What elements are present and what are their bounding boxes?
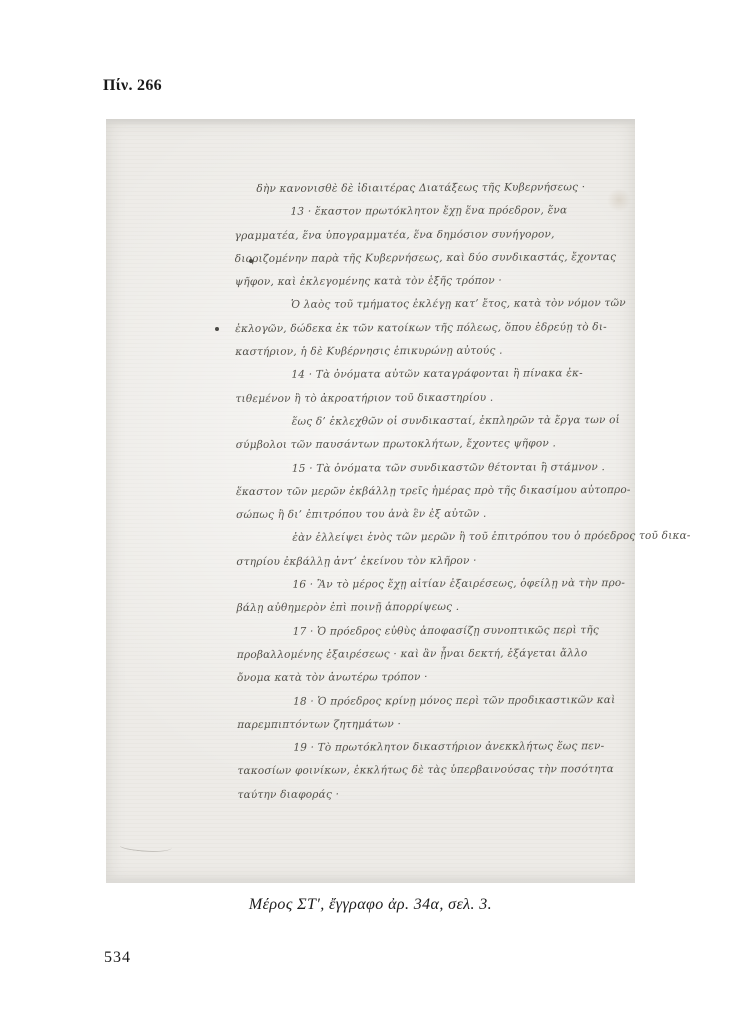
manuscript-line: 14 · Τὰ ὀνόματα αὐτῶν καταγράφονται ἢ πί…	[235, 362, 631, 387]
manuscript-line: τακοσίων φοινίκων, ἐκκλήτως δὲ τὰς ὑπερβ…	[237, 758, 633, 783]
pencil-mark	[120, 838, 173, 855]
manuscript-line: στηρίου ἐκβάλλῃ ἀντ’ ἐκείνου τὸν κλῆρον …	[236, 549, 632, 574]
manuscript-line: ἐκλογῶν, δώδεκα ἐκ τῶν κατοίκων τῆς πόλε…	[235, 316, 631, 341]
manuscript-line: 18 · Ὁ πρόεδρος κρίνῃ μόνος περὶ τῶν προ…	[237, 688, 633, 713]
scan-top-edge	[106, 119, 635, 126]
manuscript-line: παρεμπιπτόντων ζητημάτων ·	[237, 712, 633, 737]
manuscript-line: Ὁ λαὸς τοῦ τμήματος ἐκλέγῃ κατ’ ἔτος, κα…	[235, 292, 631, 317]
manuscript-line: τιθεμένον ἢ τὸ ἀκροατήριον τοῦ δικαστηρί…	[235, 386, 631, 411]
manuscript-line: ὄνομα κατὰ τὸν ἀνωτέρω τρόπον ·	[237, 665, 633, 690]
manuscript-line: ἕκαστον τῶν μερῶν ἐκβάλλῃ τρεῖς ἡμέρας π…	[236, 479, 632, 504]
manuscript-handwritten-text: δὴν κανονισθὲ δὲ ἰδιαιτέρας Διατάξεως τῆ…	[234, 176, 633, 807]
manuscript-line: 17 · Ὁ πρόεδρος εὐθὺς ἀποφασίζῃ συνοπτικ…	[237, 619, 633, 644]
manuscript-line: προβαλλομένης ἐξαιρέσεως · καὶ ἂν ᾖναι δ…	[237, 642, 633, 667]
manuscript-line: ἕως δ’ ἐκλεχθῶν οἱ συνδικασταί, ἐκπληρῶν…	[236, 409, 632, 434]
page-number: 534	[104, 949, 131, 967]
manuscript-line: καστήριον, ἡ δὲ Κυβέρνησις ἐπικυρώνῃ αὐτ…	[235, 339, 631, 364]
manuscript-line: διοριζομένην παρὰ τῆς Κυβερνήσεως, καὶ δ…	[235, 246, 631, 271]
book-page: Πίν. 266 δὴν κανονισθὲ δὲ ἰδιαιτέρας Δια…	[0, 0, 743, 1027]
manuscript-line: 16 · Ἂν τὸ μέρος ἔχῃ αἰτίαν ἐξαιρέσεως, …	[236, 572, 632, 597]
manuscript-line: 19 · Τὸ πρωτόκλητον δικαστήριον ἀνεκκλήτ…	[237, 735, 633, 760]
manuscript-line: σύμβολοι τῶν παυσάντων πρωτοκλήτων, ἔχον…	[236, 432, 632, 457]
plate-label: Πίν. 266	[103, 77, 162, 95]
manuscript-line: δὴν κανονισθὲ δὲ ἰδιαιτέρας Διατάξεως τῆ…	[234, 176, 630, 201]
manuscript-scan-image: δὴν κανονισθὲ δὲ ἰδιαιτέρας Διατάξεως τῆ…	[106, 119, 635, 883]
scan-bottom-edge	[106, 875, 635, 883]
manuscript-line: ἐὰν ἐλλείψει ἑνὸς τῶν μερῶν ἢ τοῦ ἐπιτρό…	[236, 525, 632, 550]
manuscript-line: 15 · Τὰ ὀνόματα τῶν συνδικαστῶν θέτονται…	[236, 456, 632, 481]
manuscript-line: βάλῃ αὐθημερὸν ἐπὶ ποινῇ ἀπορρίψεως .	[237, 595, 633, 620]
manuscript-line: γραμματέα, ἕνα ὑπογραμματέα, ἕνα δημόσιο…	[235, 223, 631, 248]
manuscript-line: 13 · ἕκαστον πρωτόκλητον ἔχῃ ἕνα πρόεδρο…	[234, 199, 630, 224]
manuscript-line: ψῆφον, καὶ ἐκλεγομένης κατὰ τὸν ἑξῆς τρό…	[235, 269, 631, 294]
manuscript-line: σώπως ἢ δι’ ἐπιτρόπου του ἀνὰ ἓν ἐξ αὐτῶ…	[236, 502, 632, 527]
manuscript-line: ταύτην διαφοράς ·	[238, 782, 634, 807]
ink-dot	[215, 327, 219, 331]
figure-caption: Μέρος ΣΤ′, ἔγγραφο ἀρ. 34α, σελ. 3.	[106, 896, 635, 914]
